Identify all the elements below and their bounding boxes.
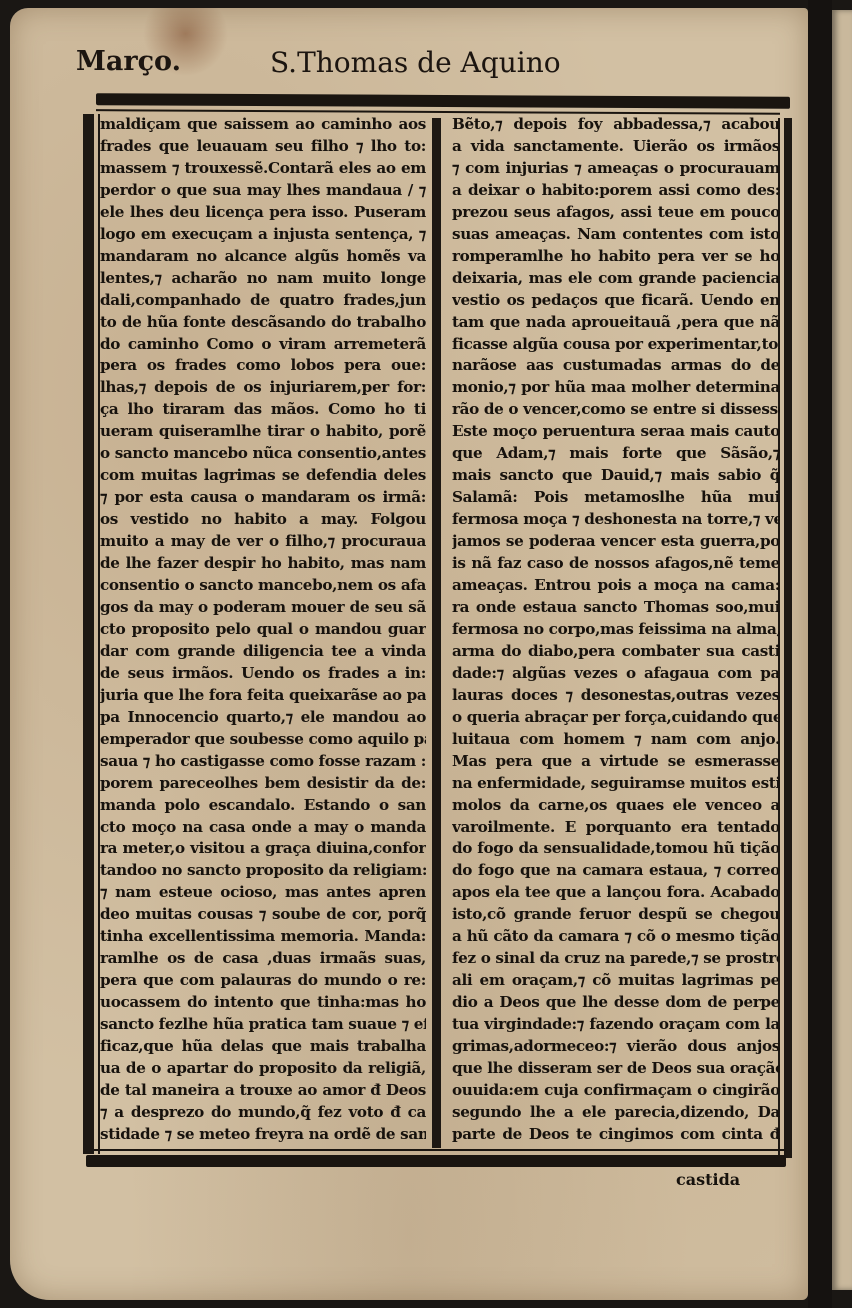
text-line: manda polo escandalo. Estando o san <box>100 795 426 817</box>
text-line: saua ⁊ ho castigasse como fosse razam : <box>100 751 426 773</box>
text-line: fermosa moça ⁊ deshonesta na torre,⁊ ve <box>452 509 780 531</box>
text-line: tandoo no sancto proposito da religiam: <box>100 860 426 882</box>
text-line: gos da may o poderam mouer de seu sã <box>100 597 426 619</box>
text-line: ouuida:em cuja confirmaçam o cingirão <box>452 1080 780 1102</box>
text-line: segundo lhe a ele parecia,dizendo, Da <box>452 1102 780 1124</box>
text-line: suas ameaças. Nam contentes com isto <box>452 224 780 246</box>
text-line: dali,companhado de quatro frades,jun <box>100 290 426 312</box>
text-line: ⁊ a desprezo do mundo,q̃ fez voto đ ca <box>100 1102 426 1124</box>
running-head: Março. S.Thomas de Aquino <box>76 46 796 86</box>
text-line: jamos se poderaa vencer esta guerra,po <box>452 531 780 553</box>
text-line: lauras doces ⁊ desonestas,outras vezes <box>452 685 780 707</box>
bottom-border-rule <box>86 1155 786 1167</box>
text-line: cto moço na casa onde a may o manda <box>100 817 426 839</box>
text-line: ficaz,que hũa delas que mais trabalha <box>100 1036 426 1058</box>
text-line: ra meter,o visitou a graça diuina,confor <box>100 838 426 860</box>
text-line: romperamlhe ho habito pera ver se ho <box>452 246 780 268</box>
text-line: dade:⁊ algũas vezes o afagaua com pa <box>452 663 780 685</box>
text-line: ameaças. Entrou pois a moça na cama: <box>452 575 780 597</box>
right-border-bar <box>784 118 792 1158</box>
text-line: de seus irmãos. Uendo os frades a in: <box>100 663 426 685</box>
text-line: ali em oraçam,⁊ cõ muitas lagrimas pe <box>452 970 780 992</box>
catchword: castida <box>676 1170 740 1189</box>
text-line: deixaria, mas ele com grande paciencia <box>452 268 780 290</box>
text-line: arma do diabo,pera combater sua casti <box>452 641 780 663</box>
text-line: massem ⁊ trouxessẽ.Contarã eles ao em <box>100 158 426 180</box>
text-line: varoilmente. E porquanto era tentado <box>452 817 780 839</box>
text-line: do caminho Como o viram arremeterã <box>100 334 426 356</box>
text-line: ⁊ por esta causa o mandaram os irmã: <box>100 487 426 509</box>
text-line: o sancto mancebo nũca consentio,antes <box>100 443 426 465</box>
text-line: Mas pera que a virtude se esmerasse <box>452 751 780 773</box>
text-line: muito a may de ver o filho,⁊ procuraua <box>100 531 426 553</box>
text-line: molos da carne,os quaes ele venceo a <box>452 795 780 817</box>
text-line: a deixar o habito:porem assi como des: <box>452 180 780 202</box>
text-line: luitaua com homem ⁊ nam com anjo. <box>452 729 780 751</box>
text-line: consentio o sancto mancebo,nem os afa <box>100 575 426 597</box>
text-line: Este moço peruentura seraa mais cauto <box>452 421 780 443</box>
text-line: ⁊ com injurias ⁊ ameaças o procurauam <box>452 158 780 180</box>
text-line: sancto fezlhe hũa pratica tam suaue ⁊ ef… <box>100 1014 426 1036</box>
text-line: do fogo da sensualidade,tomou hũ tiçãо <box>452 838 780 860</box>
text-line: fermosa no corpo,mas feissima na alma, <box>452 619 780 641</box>
text-line: com muitas lagrimas se defendia deles <box>100 465 426 487</box>
text-line: que Adam,⁊ mais forte que Sãsão,⁊ <box>452 443 780 465</box>
text-line: pera os frades como lobos pera oue: <box>100 355 426 377</box>
text-line: tam que nada aproueitauã ,pera que nã <box>452 312 780 334</box>
text-line: pa Innocencio quarto,⁊ ele mandou ao <box>100 707 426 729</box>
left-border-bar <box>83 114 94 1154</box>
text-line: to de hũa fonte descãsando do trabalho <box>100 312 426 334</box>
text-line: prezou seus afagos, assi teue em pouco <box>452 202 780 224</box>
text-line: mandaram no alcance algũs homẽs va <box>100 246 426 268</box>
text-line: de lhe fazer despir ho habito, mas nam <box>100 553 426 575</box>
text-line: apos ela tee que a lançou fora. Acabado <box>452 882 780 904</box>
text-line: monio,⁊ por hũa maa molher determina <box>452 377 780 399</box>
text-line: pera que com palauras do mundo o re: <box>100 970 426 992</box>
text-line: ficasse algũa cousa por experimentar,tor <box>452 334 780 356</box>
text-line: na enfermidade, seguiramse muitos esti <box>452 773 780 795</box>
text-line: a hũ cãto da camara ⁊ cõ o mesmo tição <box>452 926 780 948</box>
text-line: ua de o apartar do proposito da religiã, <box>100 1058 426 1080</box>
book-gutter <box>808 0 832 1308</box>
text-line: narãose aas custumadas armas do de <box>452 355 780 377</box>
text-line: lentes,⁊ acharão no nam muito longe <box>100 268 426 290</box>
text-line: vestio os pedaços que ficarã. Uendo en <box>452 290 780 312</box>
text-line: emperador que soubesse como aquilo pas <box>100 729 426 751</box>
text-line: mais sancto que Dauid,⁊ mais sabio q̃ <box>452 465 780 487</box>
text-line: fez o sinal da cruz na parede,⁊ se prost… <box>452 948 780 970</box>
text-line: uocassem do intento que tinha:mas ho <box>100 992 426 1014</box>
month-heading: Março. <box>76 46 181 77</box>
text-line: maldiçam que saissem ao caminho aos <box>100 114 426 136</box>
text-line: ueram quiseramlhe tirar o habito, porẽ <box>100 421 426 443</box>
text-line: stidade ⁊ se meteo freyra na ordẽ de sam <box>100 1124 426 1146</box>
text-line: porem pareceolhes bem desistir da de: <box>100 773 426 795</box>
text-line: rão de o vencer,como se entre si dissess… <box>452 399 780 421</box>
text-line: grimas,adormeceo:⁊ vierão dous anjos <box>452 1036 780 1058</box>
text-line: o queria abraçar per força,cuidando que <box>452 707 780 729</box>
text-line: dar com grande diligencia tee a vinda <box>100 641 426 663</box>
text-line: dio a Deos que lhe desse dom de perpe <box>452 992 780 1014</box>
text-line: ⁊ nam esteue ocioso, mas antes apren <box>100 882 426 904</box>
text-column-right: Bẽto,⁊ depois foy abbadessa,⁊ acaboua vi… <box>452 114 780 1146</box>
text-line: frades que leuauam seu filho ⁊ lho to: <box>100 136 426 158</box>
text-line: ça lho tiraram das mãos. Como ho ti <box>100 399 426 421</box>
text-line: parte de Deos te cingimos com cinta đ <box>452 1124 780 1146</box>
text-line: de tal maneira a trouxe ao amor đ Deos <box>100 1080 426 1102</box>
text-line: a vida sanctamente. Uierão os irmãos <box>452 136 780 158</box>
text-line: tinha excellentissima memoria. Manda: <box>100 926 426 948</box>
text-line: deo muitas cousas ⁊ soube de cor, porq̃ <box>100 904 426 926</box>
text-column-left: maldiçam que saissem ao caminho aosfrade… <box>100 114 426 1146</box>
text-line: ramlhe os de casa ,duas irmaãs suas, <box>100 948 426 970</box>
text-line: que lhe disseram ser de Deos sua oração <box>452 1058 780 1080</box>
text-line: os vestido no habito a may. Folgou <box>100 509 426 531</box>
text-line: ele lhes deu licença pera isso. Puseram <box>100 202 426 224</box>
text-line: tua virgindade:⁊ fazendo oraçam com la <box>452 1014 780 1036</box>
text-line: cto proposito pelo qual o mandou guar <box>100 619 426 641</box>
text-line: do fogo que na camara estaua, ⁊ correo <box>452 860 780 882</box>
text-line: juria que lhe fora feita queixarãse ao p… <box>100 685 426 707</box>
text-line: Bẽto,⁊ depois foy abbadessa,⁊ acabou <box>452 114 780 136</box>
text-line: logo em execuçam a injusta sentença, ⁊ <box>100 224 426 246</box>
text-line: Salamã: Pois metamoslhe hũa mui <box>452 487 780 509</box>
text-line: is nã faz caso de nossos afagos,nẽ teme <box>452 553 780 575</box>
text-line: lhas,⁊ depois de os injuriarem,per for: <box>100 377 426 399</box>
text-line: isto,cõ grande feruor despũ se chegou <box>452 904 780 926</box>
page-title: S.Thomas de Aquino <box>270 46 561 79</box>
facing-page-edge <box>832 10 852 1290</box>
text-line: ra onde estaua sancto Thomas soo,mui <box>452 597 780 619</box>
column-divider <box>432 118 441 1148</box>
text-line: perdor o que sua may lhes mandaua / ⁊ <box>100 180 426 202</box>
